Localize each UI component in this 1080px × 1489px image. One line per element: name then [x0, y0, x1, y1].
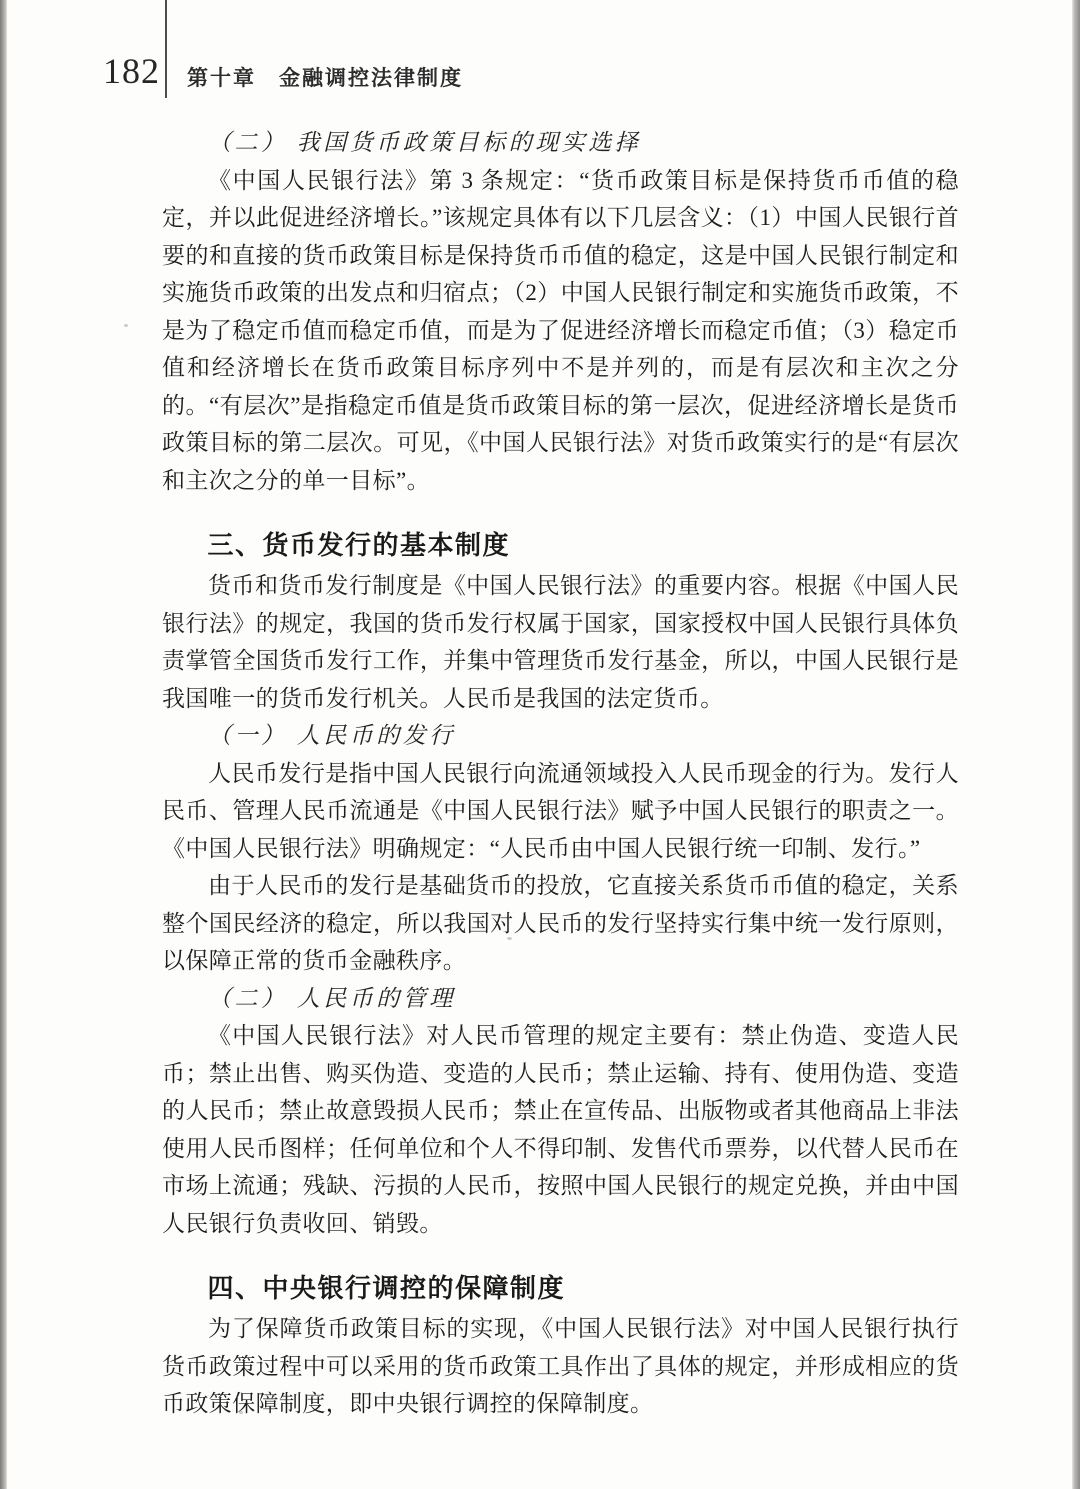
- chapter-divider-line: [165, 0, 167, 98]
- chapter-title: 第十章 金融调控法律制度: [187, 62, 463, 92]
- subsection-heading: （一） 人民币的发行: [162, 717, 959, 755]
- scan-speck: [507, 937, 512, 940]
- body-paragraph: 人民币发行是指中国人民银行向流通领域投入人民币现金的行为。发行人民币、管理人民币…: [162, 755, 959, 868]
- subsection-heading: （二） 我国货币政策目标的现实选择: [162, 124, 959, 162]
- section-heading: 四、中央银行调控的保障制度: [162, 1268, 959, 1308]
- subsection-heading: （二） 人民币的管理: [162, 980, 959, 1018]
- scan-speck: [124, 324, 128, 327]
- body-paragraph: 为了保障货币政策目标的实现，《中国人民银行法》对中国人民银行执行货币政策过程中可…: [162, 1310, 959, 1423]
- body-paragraph: 《中国人民银行法》对人民币管理的规定主要有：禁止伪造、变造人民币；禁止出售、购买…: [162, 1017, 959, 1242]
- scan-edge-left: [0, 0, 7, 1489]
- page-header: 182 第十章 金融调控法律制度: [0, 0, 1080, 100]
- body-paragraph: 由于人民币的发行是基础货币的投放，它直接关系货币币值的稳定，关系整个国民经济的稳…: [162, 867, 959, 980]
- body-paragraph: 《中国人民银行法》第 3 条规定：“货币政策目标是保持货币币值的稳定，并以此促进…: [162, 162, 959, 500]
- scan-speck: [239, 1411, 243, 1414]
- section-heading: 三、货币发行的基本制度: [162, 525, 959, 565]
- scan-edge-right: [1072, 0, 1080, 1489]
- body-paragraph: 货币和货币发行制度是《中国人民银行法》的重要内容。根据《中国人民银行法》的规定，…: [162, 567, 959, 717]
- page-body: （二） 我国货币政策目标的现实选择 《中国人民银行法》第 3 条规定：“货币政策…: [162, 124, 959, 1423]
- page-number: 182: [103, 50, 160, 92]
